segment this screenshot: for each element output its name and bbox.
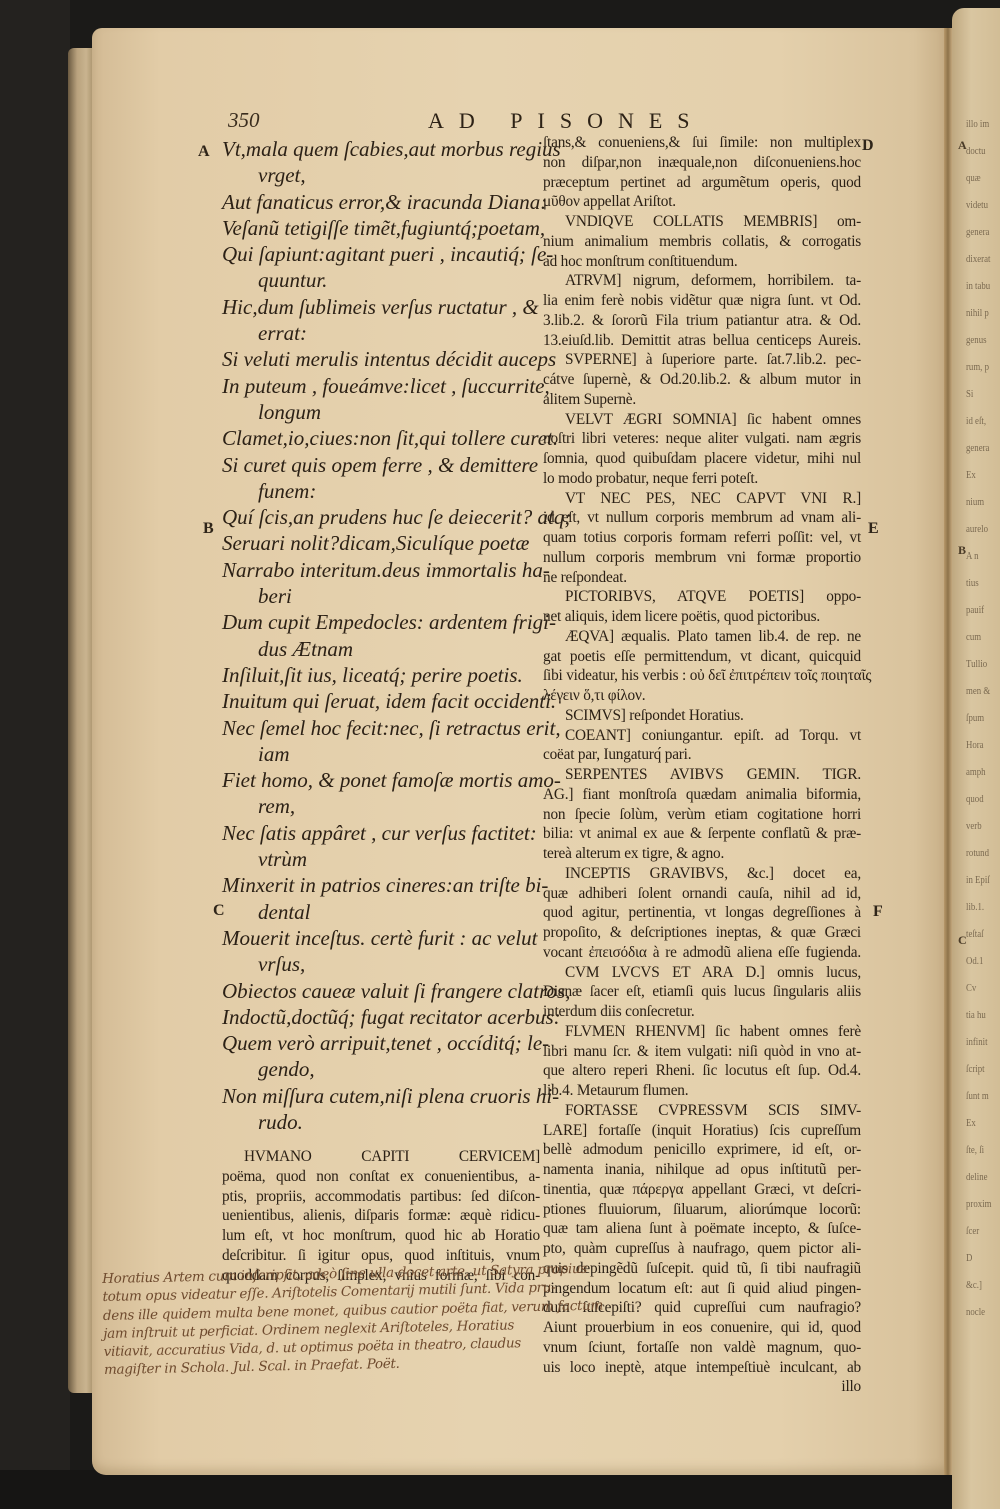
facing-page-text-fragment: in Epiſ: [966, 874, 990, 886]
verse-line: Si curet quis opem ferre , & demittere: [222, 452, 562, 478]
commentary-line: ÆQVA] æqualis. Plato tamen lib.4. de rep…: [543, 627, 861, 647]
commentary-line: non diſpar,non inæquale,non diſconuenien…: [543, 153, 861, 173]
facing-page-text-fragment: ſcer: [966, 1225, 979, 1237]
facing-page-text-fragment: tius: [966, 577, 979, 589]
verse-line: vrget,: [222, 162, 562, 188]
verse-line: Si veluti merulis intentus décidit aucep…: [222, 346, 562, 372]
verse-line: Obiectos caueæ valuit ſi frangere clatro…: [222, 978, 562, 1004]
verse-line: gendo,: [222, 1056, 562, 1082]
commentary-line: præceptum pertinet ad argumẽtum operis, …: [543, 173, 861, 193]
commentary-line: SCIMVS] reſpondet Horatius.: [543, 706, 861, 726]
commentary-line: propoſito, & deſcriptiones ineptas, & qu…: [543, 923, 861, 943]
verse-line: Minxerit in patrios cineres:an triſte bi…: [222, 872, 562, 898]
commentary-line: ATRVM] nigrum, deformem, horribilem. ta-: [543, 271, 861, 291]
commentary-line: gat poetis eſſe permittendum, vt dicant,…: [543, 647, 861, 667]
facing-page-text-fragment: ſcript: [966, 1063, 985, 1075]
commentary-line: lib.4. Metaurum flumen.: [543, 1081, 861, 1101]
facing-page-text-fragment: ſte, ſi: [966, 1144, 984, 1156]
commentary-line: coëat par, Iungaturq́ pari.: [543, 745, 861, 765]
running-title: AD PISONES: [428, 108, 705, 134]
verse-line: rudo.: [222, 1109, 562, 1135]
margin-letter-b: B: [203, 520, 214, 538]
facing-page-text-fragment: dixerat: [966, 253, 990, 265]
commentary-line: CVM LVCVS ET ARA D.] omnis lucus,: [543, 963, 861, 983]
verse-line: Indoctũ,doctũq́; fugat recitator acerbus…: [222, 1004, 562, 1030]
verse-line: Clamet,io,ciues:non ſit,qui tollere cure…: [222, 425, 562, 451]
facing-page-text-fragment: D: [966, 1252, 972, 1264]
commentary-line: libri manu ſcr. & item vulgati: niſi quò…: [543, 1042, 861, 1062]
commentary-line: VNDIQVE COLLATIS MEMBRIS] om-: [543, 212, 861, 232]
facing-page-text-fragment: proxim: [966, 1198, 991, 1210]
facing-page-text-fragment: nium: [966, 496, 984, 508]
commentary-line: que altero reperi Rheni. ſic locutus eſt…: [543, 1061, 861, 1081]
facing-page-text-fragment: pauif: [966, 604, 984, 616]
commentary-line: INCEPTIS GRAVIBVS, &c.] docet ea,: [543, 864, 861, 884]
facing-page-text-fragment: Ex: [966, 469, 976, 481]
facing-page-text-fragment: genera: [966, 442, 989, 454]
commentary-line: 3.lib.2. & ſororũ Fila trium patiantur a…: [543, 311, 861, 331]
verse-line: Quem verò arripuit,tenet , occíditq́; le…: [222, 1030, 562, 1056]
commentary-line: ptiones fluuiorum, ſiluarum, aliorúmque …: [543, 1200, 861, 1220]
commentary-line: ptis, propriis, accommodatis partibus: ſ…: [222, 1187, 540, 1207]
verse-line: rem,: [222, 793, 562, 819]
commentary-line: ſtans,& conueniens,& ſui ſimile: non mul…: [543, 133, 861, 153]
commentary-line: vnum ſciunt, fortaſſe non valdè magnum, …: [543, 1338, 861, 1358]
facing-page-text-fragment: lib.1.: [966, 901, 984, 913]
facing-page-margin-letter: A: [958, 138, 967, 153]
verse-line: Fiet homo, & ponet famoſæ mortis amo-: [222, 767, 562, 793]
commentary-line: λέγειν ὅ,τι φίλον.: [543, 686, 861, 706]
commentary-line: quam totius corporis formam referri poſſ…: [543, 528, 861, 548]
commentary-line: lo modo probatur, neque ferri poteſt.: [543, 469, 861, 489]
commentary-line: 13.eiuſd.lib. Demittit atras bellua cent…: [543, 331, 861, 351]
commentary-line: ne reſpondeat.: [543, 568, 861, 588]
commentary-line: quæ tam aliena ſunt à poëmate incepto, &…: [543, 1219, 861, 1239]
commentary-line: quæ adhiberi ſolent ornandi cauſa, nihil…: [543, 884, 861, 904]
commentary-line: uis loco ineptè, atque intempeſtiuè incu…: [543, 1358, 861, 1378]
facing-page-text-fragment: Cv: [966, 982, 976, 994]
verse-line: vtrùm: [222, 846, 562, 872]
commentary-column-right: ſtans,& conueniens,& ſui ſimile: non mul…: [543, 133, 861, 1397]
facing-page-text-fragment: ſpum: [966, 712, 984, 724]
margin-letter-f: F: [873, 903, 883, 921]
facing-page-text-fragment: tia hu: [966, 1009, 986, 1021]
verse-line: dental: [222, 899, 562, 925]
commentary-line: FORTASSE CVPRESSVM SCIS SIMV-: [543, 1101, 861, 1121]
commentary-line: namenta inania, nihilque ad opus inſtitu…: [543, 1160, 861, 1180]
commentary-line: illo: [543, 1377, 861, 1397]
facing-page-text-fragment: verb: [966, 820, 982, 832]
dark-background-left: [0, 0, 70, 1509]
book-fore-edge: [68, 48, 94, 1393]
verse-line: beri: [222, 583, 562, 609]
commentary-line: SERPENTES AVIBVS GEMIN. TIGR.: [543, 765, 861, 785]
facing-page-text-fragment: nihil p: [966, 307, 989, 319]
commentary-line: uenientibus, alienis, diſparis formæ: æq…: [222, 1206, 540, 1226]
commentary-line: cátve ſupernè, & Od.20.lib.2. & album mu…: [543, 370, 861, 390]
page-number: 350: [228, 108, 260, 133]
facing-page-text-fragment: genus: [966, 334, 987, 346]
verse-line: Inuitum qui ſeruat, idem facit occidenti…: [222, 688, 562, 714]
facing-page-text-fragment: aurelo: [966, 523, 988, 535]
facing-page-text-fragment: Tullio: [966, 658, 987, 670]
facing-page-margin-letter: C: [958, 933, 967, 948]
commentary-line: lia enim ferè nobis vidẽtur quæ nigra ſu…: [543, 291, 861, 311]
commentary-line: bilia: vt animal ex aue & ſerpente confl…: [543, 824, 861, 844]
facing-page-text-fragment: Od.1: [966, 955, 983, 967]
facing-page-text-fragment: &c.]: [966, 1279, 982, 1291]
margin-letter-a: A: [198, 143, 210, 161]
facing-page-text-fragment: A n: [966, 550, 978, 562]
facing-page-text-fragment: Ex: [966, 1117, 976, 1129]
facing-page-text-fragment: videtu: [966, 199, 988, 211]
verse-line: Dum cupit Empedocles: ardentem frigi-: [222, 609, 562, 635]
facing-page-text-fragment: deline: [966, 1171, 988, 1183]
commentary-line: pingendum locatum eſt: aut ſi quid aliud…: [543, 1279, 861, 1299]
verse-line: quuntur.: [222, 267, 562, 293]
verse-line: Narrabo interitum.deus immortalis ha-: [222, 557, 562, 583]
facing-page-text-fragment: Hora: [966, 739, 984, 751]
verse-line: Mouerit inceſtus. certè furit : ac velut: [222, 925, 562, 951]
margin-letter-d: D: [862, 137, 874, 155]
verse-line: Quí ſcis,an prudens huc ſe deiecerit? at…: [222, 504, 562, 530]
commentary-line: poëma, quod non conſtat ex conuenientibu…: [222, 1167, 540, 1187]
verse-line: longum: [222, 399, 562, 425]
verse-line: Hic,dum ſublimeis verſus ructatur , &: [222, 294, 562, 320]
verse-line: errat:: [222, 320, 562, 346]
commentary-line: ad hoc monſtrum conſtituendum.: [543, 252, 861, 272]
verse-line: Vt,mala quem ſcabies,aut morbus regius: [222, 136, 562, 162]
verse-line: Qui ſapiunt:agitant pueri , incautiq́; ſ…: [222, 241, 562, 267]
commentary-line: nium animalium membris collatis, & corro…: [543, 232, 861, 252]
verse-line: Nec ſatis appâret , cur verſus factitet:: [222, 820, 562, 846]
facing-page-text-fragment: Si: [966, 388, 973, 400]
facing-page-text-fragment: amph: [966, 766, 986, 778]
commentary-line: tinentia, quæ πάρεργα appellant Græci, v…: [543, 1180, 861, 1200]
facing-page-text-fragment: in tabu: [966, 280, 990, 292]
commentary-line: LARE] fortaſſe (inquit Horatius) ſcis cu…: [543, 1121, 861, 1141]
commentary-line: noſtri libri veteres: neque aliter vulga…: [543, 429, 861, 449]
commentary-line: nullum corporis membrum vni formæ propor…: [543, 548, 861, 568]
commentary-line: μῦθον appellat Ariſtot.: [543, 192, 861, 212]
commentary-line: AG.] fiant monſtroſa quædam animalia bif…: [543, 785, 861, 805]
verse-line: Veſanũ tetigiſſe timẽt,fugiuntq́;poetam,: [222, 215, 562, 241]
verse-line: iam: [222, 741, 562, 767]
verse-line: Seruari nolit?dicam,Siculíque poetæ: [222, 530, 562, 556]
commentary-line: ſibi videatur, his verbis : οὐ δεῖ ἐπιτρ…: [543, 666, 861, 686]
facing-page-text-fragment: id eſt,: [966, 415, 986, 427]
commentary-line: Dianæ ſacer eſt, etiamſi quis lucus ſing…: [543, 982, 861, 1002]
verse-line: dus Ætnam: [222, 636, 562, 662]
margin-letter-e: E: [868, 520, 879, 538]
commentary-line: bellè admodum penicillo exprimere, id eſ…: [543, 1140, 861, 1160]
page-gutter: [944, 28, 952, 1475]
commentary-line: lum eſt, vt hoc monſtrum, quod hic ab Ho…: [222, 1226, 540, 1246]
commentary-line: vocant ἐπεισόδια à re admodũ aliena eſſe…: [543, 943, 861, 963]
facing-page-text-fragment: nocle: [966, 1306, 985, 1318]
facing-page-text-fragment: cum: [966, 631, 981, 643]
commentary-line: quod agitur, pertinentia, vt longas degr…: [543, 903, 861, 923]
verse-line: In puteum , foueámve:licet , ſuccurrite,: [222, 373, 562, 399]
facing-page-text-fragment: doctu: [966, 145, 986, 157]
facing-page-text-fragment: quæ: [966, 172, 981, 184]
verse-line: vrſus,: [222, 951, 562, 977]
verse-line: Non miſſura cutem,niſi plena cruoris hi-: [222, 1083, 562, 1109]
commentary-line: COEANT] coniungantur. epiſt. ad Torqu. v…: [543, 726, 861, 746]
commentary-line: alitem Supernè.: [543, 390, 861, 410]
facing-page-text-fragment: infinit: [966, 1036, 988, 1048]
verse-line: Nec ſemel hoc fecit:nec, ſi retractus er…: [222, 715, 562, 741]
dark-background-bottom: [0, 1470, 1000, 1509]
verse-column: Vt,mala quem ſcabies,aut morbus regiusvr…: [222, 136, 562, 1135]
commentary-line: pto, quàm cupreſſus à naufrago, quem pic…: [543, 1239, 861, 1259]
facing-page-text-fragment: rotund: [966, 847, 989, 859]
facing-page-margin-letter: B: [958, 543, 966, 558]
facing-page-text-fragment: teſtaſ: [966, 928, 984, 940]
commentary-line: VT NEC PES, NEC CAPVT VNI R.]: [543, 489, 861, 509]
verse-line: Inſiluit,ſit ius, liceatq́; perire poeti…: [222, 662, 562, 688]
commentary-line: ſomnia, quod quibuſdam placere videtur, …: [543, 449, 861, 469]
commentary-line: HVMANO CAPITI CERVICEM]: [222, 1147, 540, 1167]
facing-page-text-fragment: rum, p: [966, 361, 989, 373]
commentary-line: id eſt, vt nullum corporis membrum ad vn…: [543, 508, 861, 528]
commentary-line: non ſpecie ſolùm, verùm etiam cogitation…: [543, 805, 861, 825]
verse-line: funem:: [222, 478, 562, 504]
commentary-line: interdum diis conſecretur.: [543, 1002, 861, 1022]
facing-page-text-fragment: ſunt m: [966, 1090, 989, 1102]
facing-page-fragment: illo imdoctuquævidetugeneradixeratin tab…: [952, 8, 1000, 1509]
running-head: 350 AD PISONES: [0, 108, 1000, 136]
commentary-line: VELVT ÆGRI SOMNIA] ſic habent omnes: [543, 410, 861, 430]
facing-page-text-fragment: genera: [966, 226, 989, 238]
handwritten-annotation: Horatius Artem cum inſcripſit, adeò ſine…: [102, 1261, 554, 1380]
commentary-line: tereà alterum ex tigre, & agno.: [543, 844, 861, 864]
commentary-line: quis depingẽdũ ſuſcepit. quid tũ, ſi tib…: [543, 1259, 861, 1279]
verse-line: Aut fanaticus error,& iracunda Diana:: [222, 189, 562, 215]
commentary-line: PICTORIBVS, ATQVE POETIS] oppo-: [543, 587, 861, 607]
facing-page-text-fragment: men &: [966, 685, 990, 697]
commentary-line: FLVMEN RHENVM] ſic habent omnes ferè: [543, 1022, 861, 1042]
commentary-line: SVPERNE] à ſuperiore parte. ſat.7.lib.2.…: [543, 350, 861, 370]
commentary-line: net aliquis, idem licere poëtis, quod pi…: [543, 607, 861, 627]
facing-page-text-fragment: quod: [966, 793, 984, 805]
commentary-line: Aiunt prouerbium in eos conuenire, qui i…: [543, 1318, 861, 1338]
